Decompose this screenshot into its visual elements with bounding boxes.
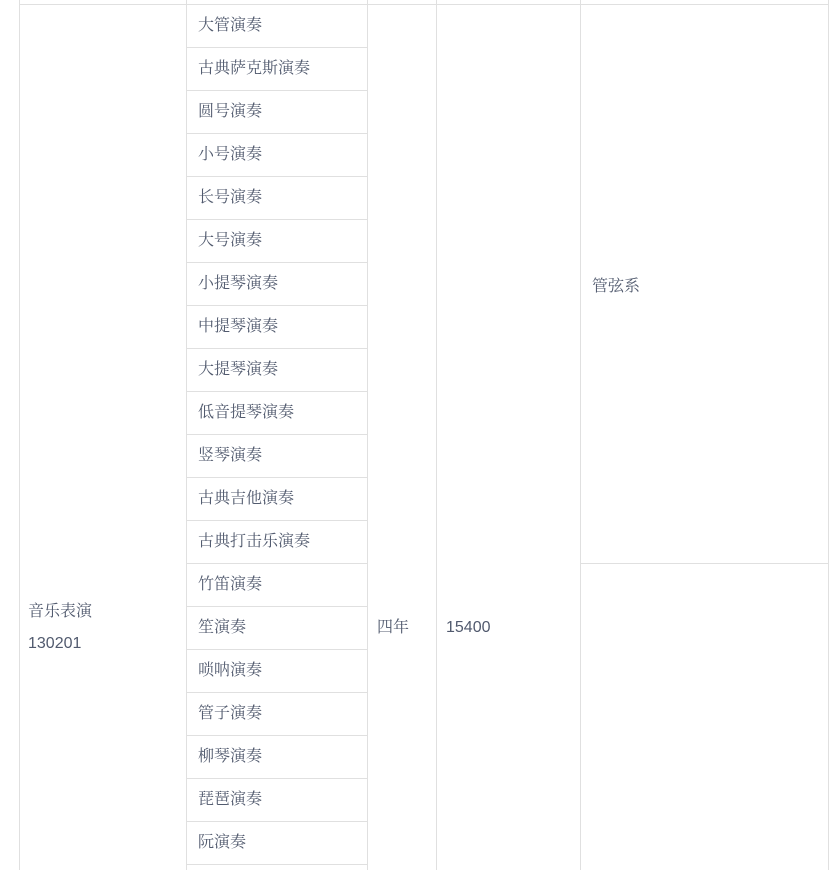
- department-cell: 管弦系: [581, 5, 828, 564]
- specialization-cell: 古典打击乐演奏: [187, 521, 367, 564]
- table-border-col-duration: [436, 0, 437, 870]
- specialization-cell: 竖琴演奏: [187, 435, 367, 478]
- specialization-cell: 琵琶演奏: [187, 779, 367, 822]
- specialization-cell: 低音提琴演奏: [187, 392, 367, 435]
- major-code: 130201: [28, 628, 92, 660]
- tuition-cell: 15400: [446, 612, 491, 644]
- department-column: 管弦系: [581, 5, 828, 870]
- department-label: 管弦系: [592, 273, 640, 296]
- specialization-cell: 小号演奏: [187, 134, 367, 177]
- specialization-cell: 笙演奏: [187, 607, 367, 650]
- major-name: 音乐表演: [28, 596, 92, 628]
- specialization-cell: 竹笛演奏: [187, 564, 367, 607]
- specialization-cell: 中提琴演奏: [187, 306, 367, 349]
- major-cell: 音乐表演 130201: [28, 596, 92, 660]
- specialization-cell: 阮演奏: [187, 822, 367, 865]
- specialization-cell: 长号演奏: [187, 177, 367, 220]
- department-cell-empty: [581, 564, 828, 870]
- tuition-table: 大管演奏 古典萨克斯演奏 圆号演奏 小号演奏 长号演奏 大号演奏 小提琴演奏 中…: [0, 0, 834, 870]
- table-border-left: [19, 0, 20, 870]
- table-border-col-specialization: [367, 0, 368, 870]
- specialization-cell: 唢呐演奏: [187, 650, 367, 693]
- specialization-column: 大管演奏 古典萨克斯演奏 圆号演奏 小号演奏 长号演奏 大号演奏 小提琴演奏 中…: [187, 5, 367, 865]
- specialization-cell: 大号演奏: [187, 220, 367, 263]
- specialization-cell: 大提琴演奏: [187, 349, 367, 392]
- specialization-cell: 柳琴演奏: [187, 736, 367, 779]
- specialization-cell: 圆号演奏: [187, 91, 367, 134]
- specialization-cell: 古典萨克斯演奏: [187, 48, 367, 91]
- specialization-cell: 古典吉他演奏: [187, 478, 367, 521]
- specialization-cell: 大管演奏: [187, 5, 367, 48]
- table-border-right: [828, 0, 829, 870]
- specialization-cell: 小提琴演奏: [187, 263, 367, 306]
- specialization-cell: 管子演奏: [187, 693, 367, 736]
- duration-cell: 四年: [377, 612, 409, 644]
